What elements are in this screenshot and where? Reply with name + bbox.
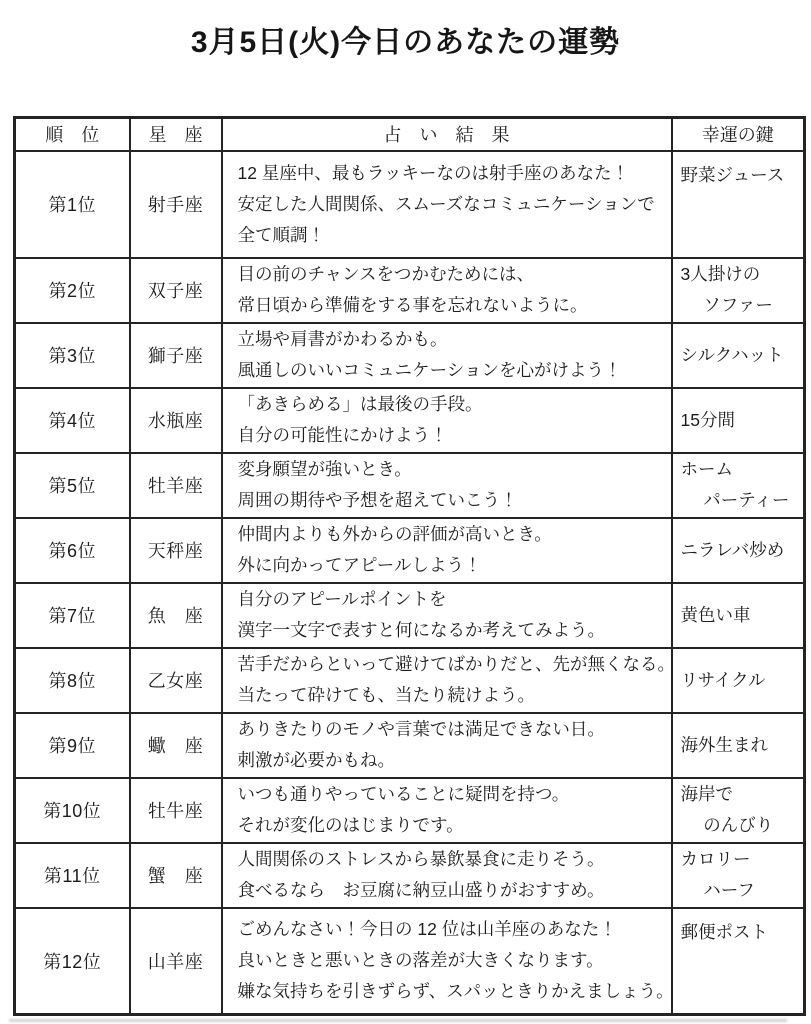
fortune-result-cell: ごめんなさい！今日の 12 位は山羊座のあなた！良いときと悪いときの落差が大きく… bbox=[222, 908, 672, 1015]
table-header: 順 位 星 座 占 い 結 果 幸運の鍵 bbox=[15, 118, 805, 151]
page-title: 3月5日(火)今日のあなたの運勢 bbox=[0, 17, 811, 61]
fortune-line: いつも通りやっていることに疑問を持つ。 bbox=[238, 779, 665, 810]
header-result: 占 い 結 果 bbox=[222, 118, 672, 151]
lucky-key-cell: 黄色い車 bbox=[672, 583, 805, 648]
lucky-key-cell: 海外生まれ bbox=[672, 713, 805, 778]
fortune-line: 人間関係のストレスから暴飲暴食に走りそう。 bbox=[238, 844, 665, 875]
fortune-line: 自分のアピールポイントを bbox=[238, 584, 665, 615]
fortune-line: 嫌な気持ちを引きずらず、スパッときりかえましょう。 bbox=[238, 976, 665, 1007]
lucky-key-cell: リサイクル bbox=[672, 648, 805, 713]
rank-cell: 第5位 bbox=[15, 453, 130, 518]
rank-cell: 第2位 bbox=[15, 258, 130, 323]
lucky-key-cell: 15分間 bbox=[672, 388, 805, 453]
fortune-result-cell: 12 星座中、最もラッキーなのは射手座のあなた！安定した人間関係、スムーズなコミ… bbox=[222, 151, 672, 258]
lucky-key-line: 海外生まれ bbox=[681, 730, 800, 761]
table-row: 第10位牡牛座いつも通りやっていることに疑問を持つ。それが変化のはじまりです。海… bbox=[15, 778, 805, 843]
fortune-result-cell: 「あきらめる」は最後の手段。自分の可能性にかけよう！ bbox=[222, 388, 672, 453]
table-row: 第8位乙女座苦手だからといって避けてばかりだと、先が無くなる。当たって砕けても、… bbox=[15, 648, 805, 713]
lucky-key-line: 3人掛けの bbox=[681, 259, 800, 290]
lucky-key-cell: 野菜ジュース bbox=[672, 151, 805, 258]
zodiac-sign-cell: 蟹 座 bbox=[130, 843, 222, 908]
scan-shadow bbox=[9, 1019, 787, 1022]
lucky-key-line: ニラレバ炒め bbox=[681, 535, 800, 566]
fortune-line: 漢字一文字で表すと何になるか考えてみよう。 bbox=[238, 615, 665, 646]
header-key: 幸運の鍵 bbox=[672, 118, 805, 151]
fortune-line: 安定した人間関係、スムーズなコミュニケーションで bbox=[238, 189, 665, 220]
fortune-result-cell: 苦手だからといって避けてばかりだと、先が無くなる。当たって砕けても、当たり続けよ… bbox=[222, 648, 672, 713]
fortune-line: 立場や肩書がかわるかも。 bbox=[238, 324, 665, 355]
lucky-key-line: ホーム bbox=[681, 454, 800, 485]
rank-cell: 第12位 bbox=[15, 908, 130, 1015]
fortune-line: 刺激が必要かもね。 bbox=[238, 745, 665, 776]
table-row: 第3位獅子座立場や肩書がかわるかも。風通しのいいコミュニケーションを心がけよう！… bbox=[15, 323, 805, 388]
lucky-key-cell: 郵便ポスト bbox=[672, 908, 805, 1015]
table-row: 第2位双子座目の前のチャンスをつかむためには、常日頃から準備をする事を忘れないよ… bbox=[15, 258, 805, 323]
lucky-key-cell: カロリーハーフ bbox=[672, 843, 805, 908]
header-sign: 星 座 bbox=[130, 118, 222, 151]
fortune-table: 順 位 星 座 占 い 結 果 幸運の鍵 第1位射手座12 星座中、最もラッキー… bbox=[13, 116, 806, 1016]
table-row: 第7位魚 座自分のアピールポイントを漢字一文字で表すと何になるか考えてみよう。黄… bbox=[15, 583, 805, 648]
lucky-key-cell: 海岸でのんびり bbox=[672, 778, 805, 843]
fortune-line: 苦手だからといって避けてばかりだと、先が無くなる。 bbox=[238, 649, 665, 680]
zodiac-sign-cell: 牡牛座 bbox=[130, 778, 222, 843]
zodiac-sign-cell: 乙女座 bbox=[130, 648, 222, 713]
lucky-key-line: 黄色い車 bbox=[681, 600, 800, 631]
table-row: 第12位山羊座ごめんなさい！今日の 12 位は山羊座のあなた！良いときと悪いとき… bbox=[15, 908, 805, 1015]
lucky-key-cell: ニラレバ炒め bbox=[672, 518, 805, 583]
rank-cell: 第9位 bbox=[15, 713, 130, 778]
fortune-line: ごめんなさい！今日の 12 位は山羊座のあなた！ bbox=[238, 914, 665, 945]
lucky-key-line: パーティー bbox=[681, 485, 800, 516]
fortune-result-cell: 自分のアピールポイントを漢字一文字で表すと何になるか考えてみよう。 bbox=[222, 583, 672, 648]
rank-cell: 第10位 bbox=[15, 778, 130, 843]
fortune-line: 周囲の期待や予想を超えていこう！ bbox=[238, 485, 665, 516]
zodiac-sign-cell: 魚 座 bbox=[130, 583, 222, 648]
lucky-key-line: ソファー bbox=[681, 290, 800, 321]
header-rank: 順 位 bbox=[15, 118, 130, 151]
lucky-key-cell: シルクハット bbox=[672, 323, 805, 388]
lucky-key-line: シルクハット bbox=[681, 340, 800, 371]
fortune-line: ありきたりのモノや言葉では満足できない日。 bbox=[238, 714, 665, 745]
table-row: 第6位天秤座仲間内よりも外からの評価が高いとき。外に向かってアピールしよう！ニラ… bbox=[15, 518, 805, 583]
fortune-line: 外に向かってアピールしよう！ bbox=[238, 550, 665, 581]
zodiac-sign-cell: 天秤座 bbox=[130, 518, 222, 583]
zodiac-sign-cell: 双子座 bbox=[130, 258, 222, 323]
zodiac-sign-cell: 牡羊座 bbox=[130, 453, 222, 518]
lucky-key-line: のんびり bbox=[681, 810, 800, 841]
fortune-line: 仲間内よりも外からの評価が高いとき。 bbox=[238, 519, 665, 550]
fortune-line: 変身願望が強いとき。 bbox=[238, 454, 665, 485]
lucky-key-line: リサイクル bbox=[681, 665, 800, 696]
table-body: 第1位射手座12 星座中、最もラッキーなのは射手座のあなた！安定した人間関係、ス… bbox=[15, 151, 805, 1015]
fortune-result-cell: 立場や肩書がかわるかも。風通しのいいコミュニケーションを心がけよう！ bbox=[222, 323, 672, 388]
table-row: 第4位水瓶座「あきらめる」は最後の手段。自分の可能性にかけよう！15分間 bbox=[15, 388, 805, 453]
fortune-line: 風通しのいいコミュニケーションを心がけよう！ bbox=[238, 355, 665, 386]
lucky-key-line: ハーフ bbox=[681, 875, 800, 906]
rank-cell: 第11位 bbox=[15, 843, 130, 908]
fortune-line: それが変化のはじまりです。 bbox=[238, 810, 665, 841]
table-row: 第9位蠍 座ありきたりのモノや言葉では満足できない日。刺激が必要かもね。海外生ま… bbox=[15, 713, 805, 778]
fortune-line: 当たって砕けても、当たり続けよう。 bbox=[238, 680, 665, 711]
fortune-result-cell: 目の前のチャンスをつかむためには、常日頃から準備をする事を忘れないように。 bbox=[222, 258, 672, 323]
fortune-result-cell: いつも通りやっていることに疑問を持つ。それが変化のはじまりです。 bbox=[222, 778, 672, 843]
rank-cell: 第4位 bbox=[15, 388, 130, 453]
fortune-line: 目の前のチャンスをつかむためには、 bbox=[238, 259, 665, 290]
fortune-line: 全て順調！ bbox=[238, 220, 665, 251]
fortune-result-cell: ありきたりのモノや言葉では満足できない日。刺激が必要かもね。 bbox=[222, 713, 672, 778]
zodiac-sign-cell: 山羊座 bbox=[130, 908, 222, 1015]
lucky-key-line: カロリー bbox=[681, 844, 800, 875]
fortune-line: 良いときと悪いときの落差が大きくなります。 bbox=[238, 945, 665, 976]
lucky-key-line: 野菜ジュース bbox=[681, 160, 800, 191]
lucky-key-cell: 3人掛けのソファー bbox=[672, 258, 805, 323]
table-row: 第1位射手座12 星座中、最もラッキーなのは射手座のあなた！安定した人間関係、ス… bbox=[15, 151, 805, 258]
header-row: 順 位 星 座 占 い 結 果 幸運の鍵 bbox=[15, 118, 805, 151]
fortune-line: 常日頃から準備をする事を忘れないように。 bbox=[238, 290, 665, 321]
rank-cell: 第3位 bbox=[15, 323, 130, 388]
fortune-result-cell: 仲間内よりも外からの評価が高いとき。外に向かってアピールしよう！ bbox=[222, 518, 672, 583]
fortune-line: 「あきらめる」は最後の手段。 bbox=[238, 389, 665, 420]
rank-cell: 第1位 bbox=[15, 151, 130, 258]
table-row: 第5位牡羊座変身願望が強いとき。周囲の期待や予想を超えていこう！ホームパーティー bbox=[15, 453, 805, 518]
zodiac-sign-cell: 蠍 座 bbox=[130, 713, 222, 778]
zodiac-sign-cell: 獅子座 bbox=[130, 323, 222, 388]
lucky-key-cell: ホームパーティー bbox=[672, 453, 805, 518]
rank-cell: 第8位 bbox=[15, 648, 130, 713]
fortune-result-cell: 人間関係のストレスから暴飲暴食に走りそう。食べるなら お豆腐に納豆山盛りがおすす… bbox=[222, 843, 672, 908]
table-row: 第11位蟹 座人間関係のストレスから暴飲暴食に走りそう。食べるなら お豆腐に納豆… bbox=[15, 843, 805, 908]
fortune-line: 12 星座中、最もラッキーなのは射手座のあなた！ bbox=[238, 158, 665, 189]
fortune-line: 食べるなら お豆腐に納豆山盛りがおすすめ。 bbox=[238, 875, 665, 906]
fortune-line: 自分の可能性にかけよう！ bbox=[238, 420, 665, 451]
lucky-key-line: 海岸で bbox=[681, 779, 800, 810]
lucky-key-line: 郵便ポスト bbox=[681, 917, 800, 948]
rank-cell: 第7位 bbox=[15, 583, 130, 648]
zodiac-sign-cell: 射手座 bbox=[130, 151, 222, 258]
fortune-result-cell: 変身願望が強いとき。周囲の期待や予想を超えていこう！ bbox=[222, 453, 672, 518]
rank-cell: 第6位 bbox=[15, 518, 130, 583]
zodiac-sign-cell: 水瓶座 bbox=[130, 388, 222, 453]
lucky-key-line: 15分間 bbox=[681, 405, 800, 436]
